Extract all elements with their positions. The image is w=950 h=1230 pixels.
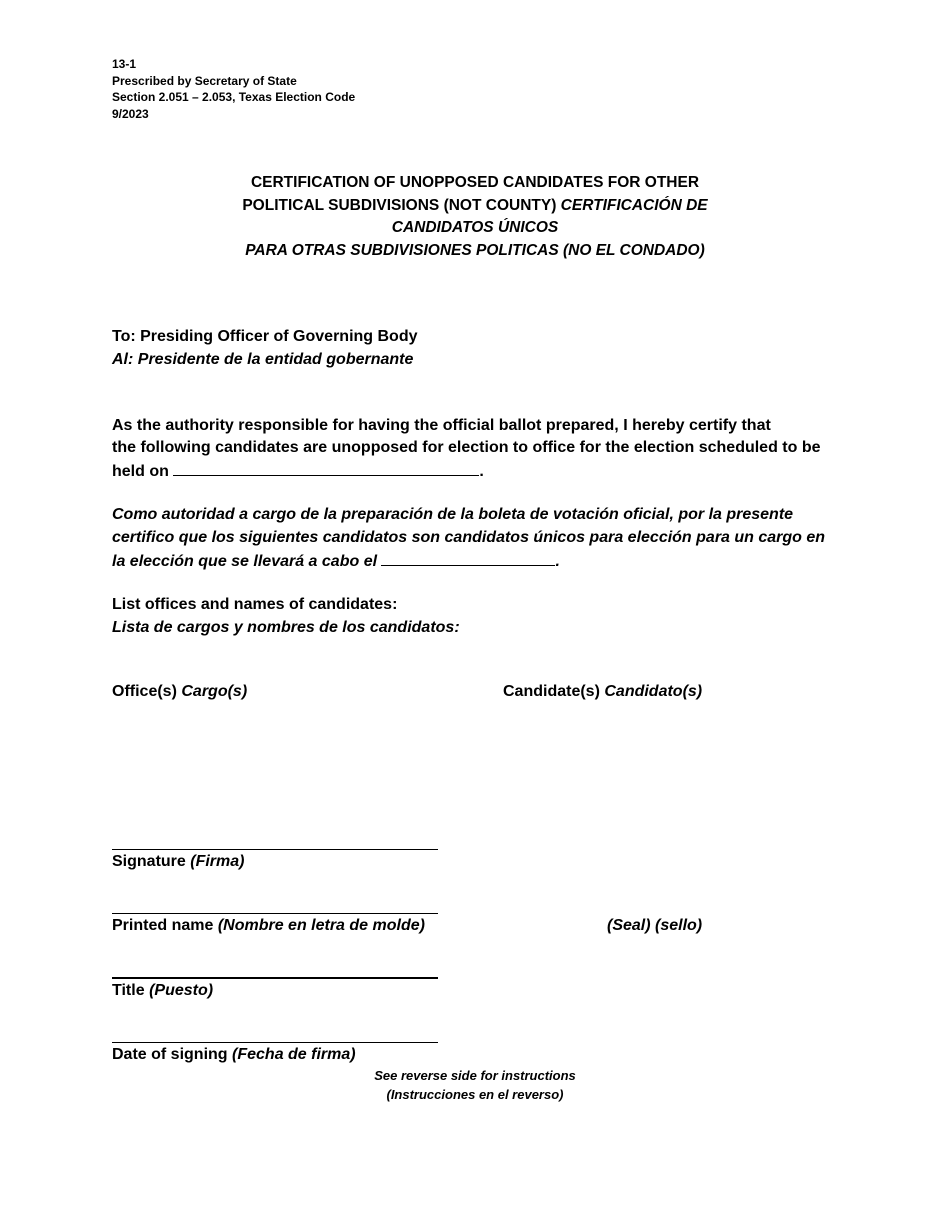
title-en-line2: POLITICAL SUBDIVISIONS (NOT COUNTY) [242, 197, 556, 214]
title-en-line1: CERTIFICATION OF UNOPPOSED CANDIDATES FO… [200, 172, 750, 195]
office-column-header: Office(s) Cargo(s) [112, 680, 247, 703]
election-date-field-en[interactable] [173, 459, 479, 476]
candidate-column-header: Candidate(s) Candidato(s) [503, 680, 702, 703]
office-label-es: Cargo(s) [181, 683, 247, 700]
signature-label-es: (Firma) [190, 853, 244, 870]
certification-es-line2: certifico que los siguientes candidatos … [112, 526, 825, 549]
form-date: 9/2023 [112, 106, 355, 123]
certification-en-line2: the following candidates are unopposed f… [112, 436, 821, 459]
list-intro-en: List offices and names of candidates: [112, 593, 397, 616]
printed-name-label-es: (Nombre en letra de molde) [218, 917, 425, 934]
certification-es-line1: Como autoridad a cargo de la preparación… [112, 503, 793, 526]
list-intro-es: Lista de cargos y nombres de los candida… [112, 616, 460, 639]
date-label-en: Date of signing [112, 1046, 228, 1063]
se-llevara-label: la elección que se llevará a cabo el [112, 553, 377, 570]
held-on-label: held on [112, 463, 169, 480]
candidate-label-en: Candidate(s) [503, 683, 600, 700]
footer-line2: (Instrucciones en el reverso) [300, 1085, 650, 1104]
certification-es-line3: la elección que se llevará a cabo el . [112, 549, 560, 573]
printed-name-label: Printed name (Nombre en letra de molde) [112, 914, 425, 937]
title-es-line3: CANDIDATOS ÚNICOS [392, 219, 559, 236]
title-label: Title (Puesto) [112, 979, 213, 1002]
document-title: CERTIFICATION OF UNOPPOSED CANDIDATES FO… [200, 172, 750, 262]
period: . [479, 463, 483, 480]
certification-en-line1: As the authority responsible for having … [112, 414, 771, 437]
addressee-es: Al: Presidente de la entidad gobernante [112, 348, 413, 371]
title-es-line2: CERTIFICACIÓN DE [561, 197, 708, 214]
signature-label-en: Signature [112, 853, 186, 870]
printed-name-label-en: Printed name [112, 917, 213, 934]
footer-note: See reverse side for instructions (Instr… [300, 1066, 650, 1104]
title-label-es: (Puesto) [149, 982, 213, 999]
title-es-line4: PARA OTRAS SUBDIVISIONES POLITICAS (NO E… [245, 242, 705, 259]
signature-label: Signature (Firma) [112, 850, 244, 873]
date-of-signing-label: Date of signing (Fecha de firma) [112, 1043, 356, 1066]
footer-line1: See reverse side for instructions [300, 1066, 650, 1085]
office-label-en: Office(s) [112, 683, 177, 700]
form-header: 13-1 Prescribed by Secretary of State Se… [112, 56, 355, 122]
form-number: 13-1 [112, 56, 355, 73]
statute-section: Section 2.051 – 2.053, Texas Election Co… [112, 89, 355, 106]
election-date-field-es[interactable] [381, 549, 555, 566]
period: . [555, 553, 559, 570]
candidate-label-es: Candidato(s) [604, 683, 702, 700]
addressee-en: To: Presiding Officer of Governing Body [112, 325, 418, 348]
title-label-en: Title [112, 982, 145, 999]
certification-en-line3: held on . [112, 459, 484, 483]
date-label-es: (Fecha de firma) [232, 1046, 356, 1063]
seal-label: (Seal) (sello) [607, 914, 702, 937]
prescribed-by: Prescribed by Secretary of State [112, 73, 355, 90]
